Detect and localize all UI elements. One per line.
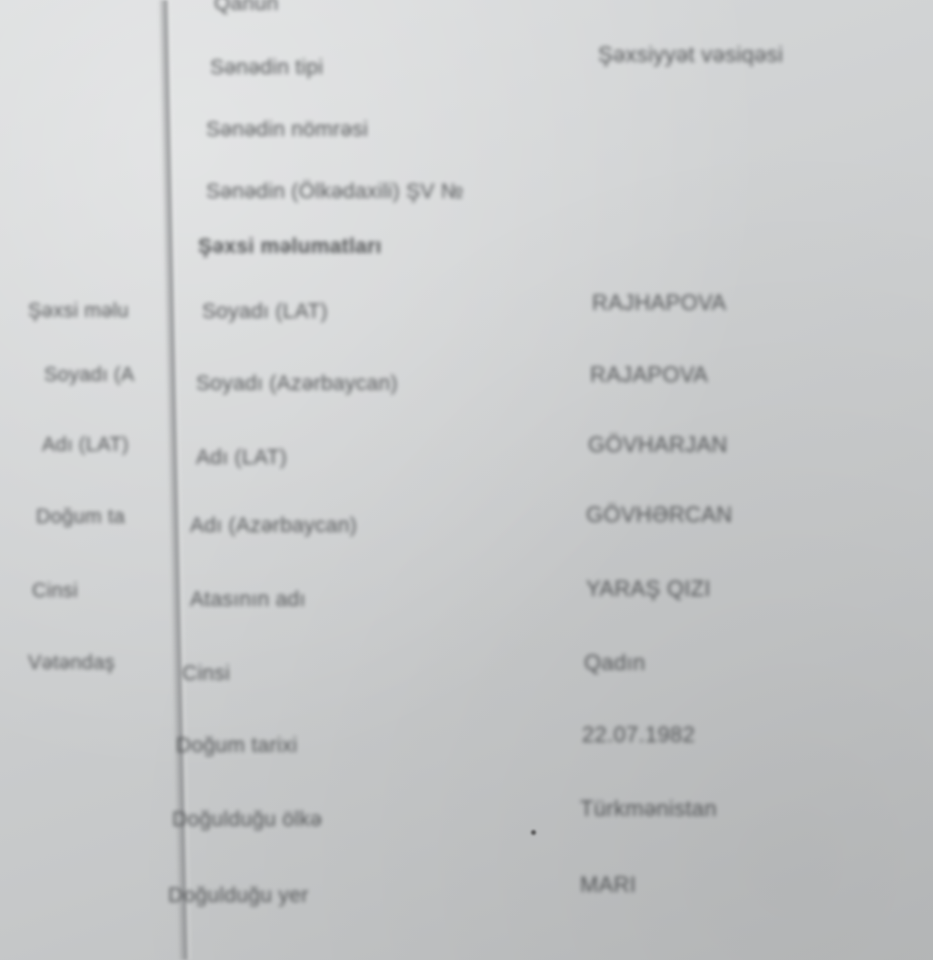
ink-speck: [531, 830, 536, 835]
label-birth-place: Doğulduğu yer: [168, 884, 309, 908]
value-patronymic: YARAŞ QIZI: [586, 576, 711, 602]
value-surname-az: RAJAPOVA: [590, 362, 708, 388]
side-label: Şəxsi məlu: [28, 300, 129, 323]
label-law: Qanun: [214, 0, 279, 16]
value-birth-country: Türkmənistan: [580, 796, 717, 822]
side-label: Doğum ta: [36, 506, 125, 529]
label-gender: Cinsi: [182, 662, 230, 686]
label-domestic-id-number: Sənədin (Ölkədaxili) ŞV №: [206, 180, 464, 204]
label-document-number: Sənədin nömrəsi: [206, 118, 368, 142]
side-label: Adı (LAT): [42, 434, 129, 457]
label-surname-lat: Soyadı (LAT): [202, 300, 328, 324]
value-document-type: Şəxsiyyət vəsiqəsi: [598, 42, 783, 68]
value-gender: Qadın: [584, 650, 645, 676]
side-label: Soyadı (A: [44, 364, 135, 387]
document-photo: [0, 0, 933, 960]
value-name-lat: GÖVHARJAN: [588, 432, 728, 458]
label-document-type: Sənədin tipi: [210, 56, 323, 80]
label-surname-az: Soyadı (Azərbaycan): [196, 372, 398, 396]
label-birth-country: Doğulduğu ölkə: [172, 808, 322, 832]
value-name-az: GÖVHƏRCAN: [586, 502, 732, 528]
section-title: Şəxsi məlumatları: [198, 235, 382, 259]
label-name-lat: Adı (LAT): [196, 446, 287, 470]
value-birth-place: MARI: [580, 872, 636, 898]
label-birth-date: Doğum tarixi: [176, 734, 297, 758]
value-birth-date: 22.07.1982: [582, 722, 695, 748]
label-name-az: Adı (Azərbaycan): [190, 514, 357, 538]
side-label: Vətəndaş: [28, 652, 115, 675]
value-surname-lat: RAJHAPOVA: [592, 290, 726, 316]
side-label: Cinsi: [32, 580, 78, 603]
label-patronymic: Atasının adı: [190, 588, 306, 612]
